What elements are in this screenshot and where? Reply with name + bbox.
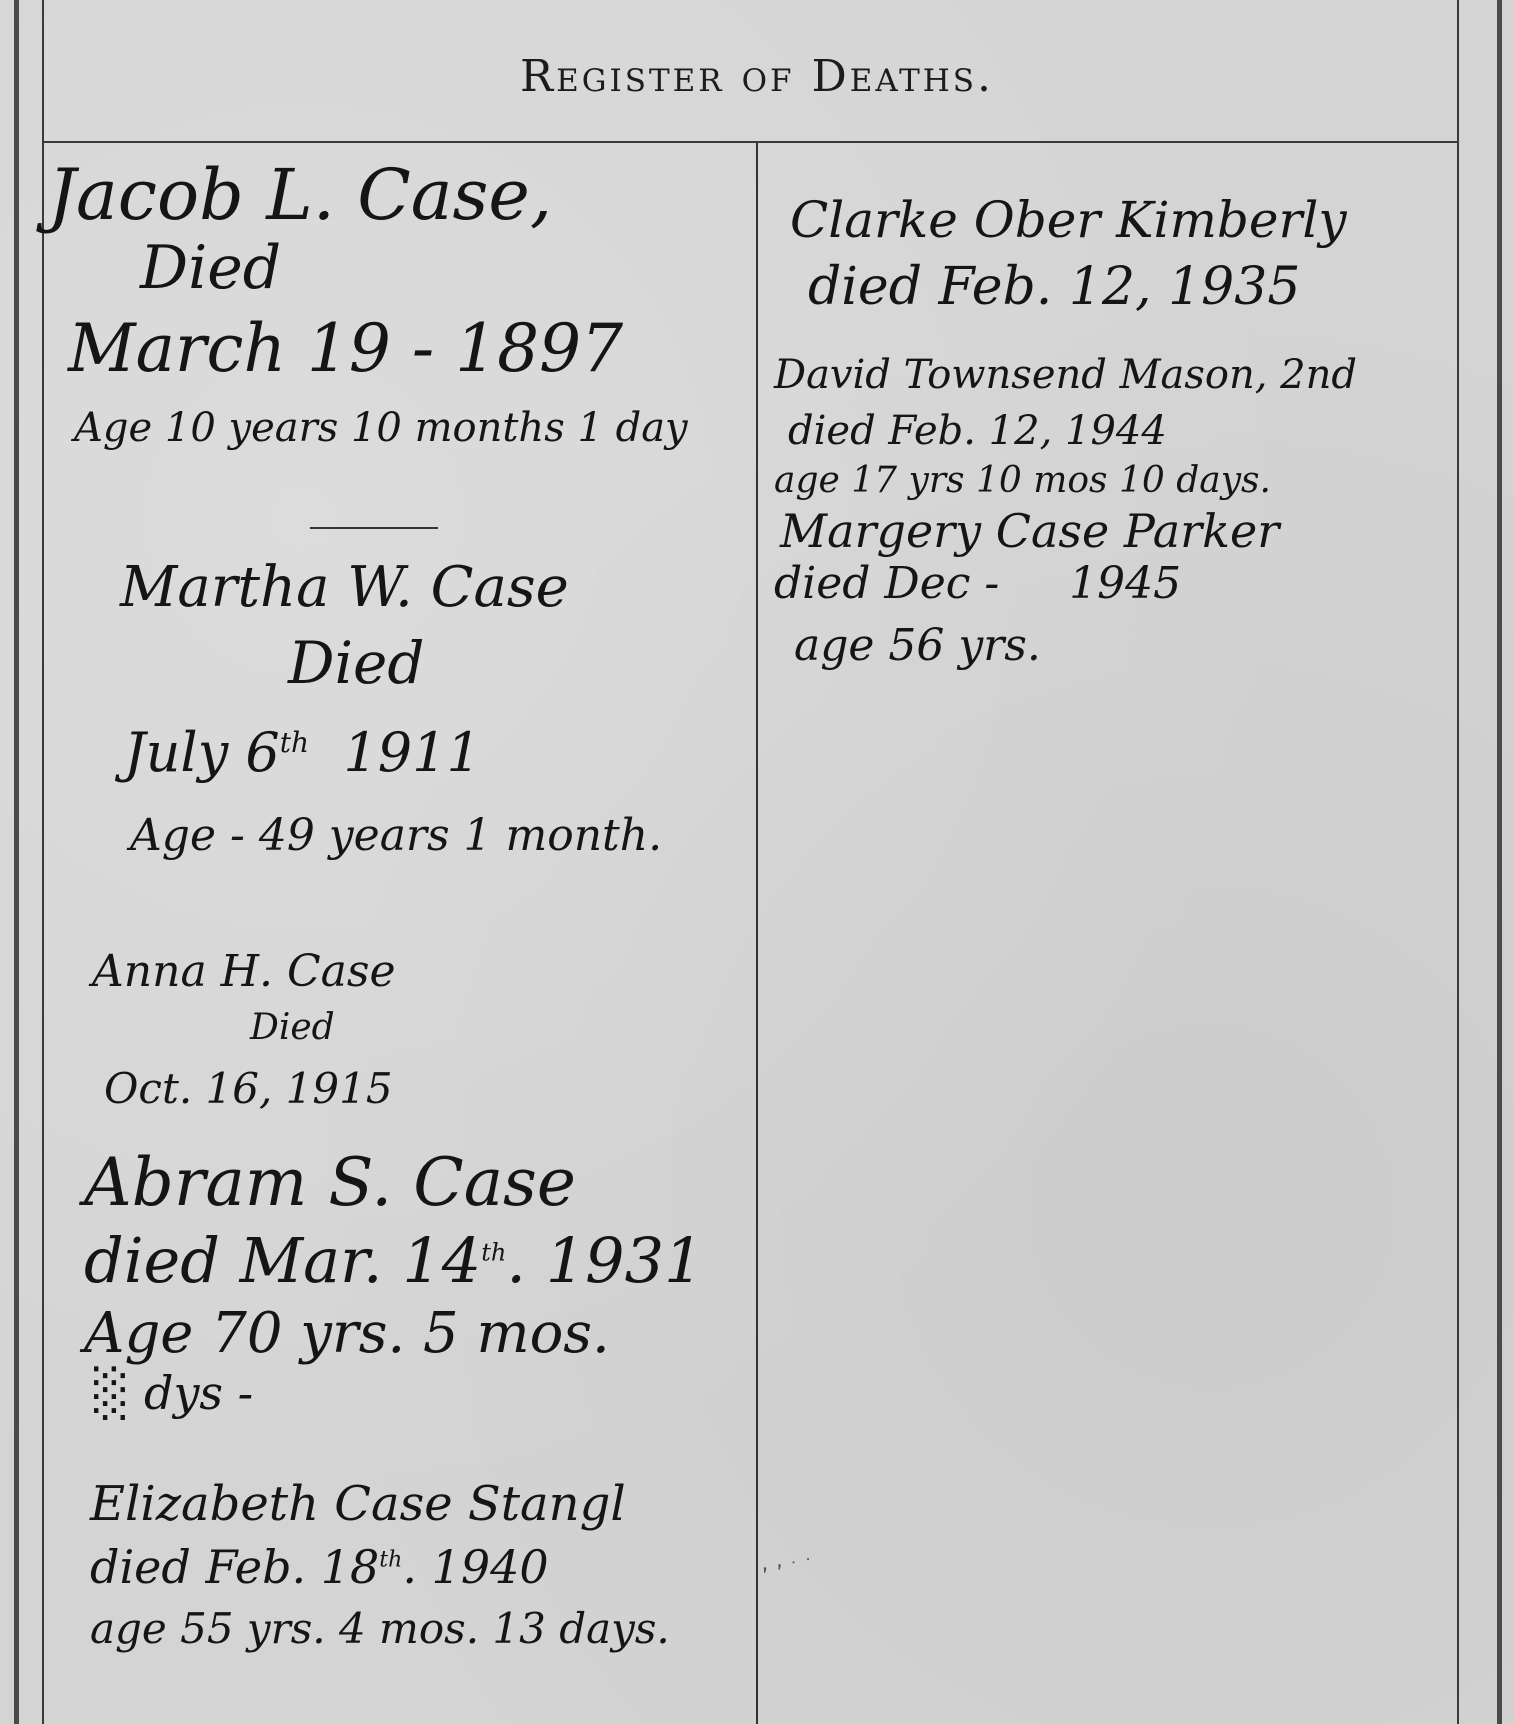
header-rule [44,141,1457,143]
death-entry: Martha W. Case Died July 6th 1911 Age - … [120,560,652,858]
entry-age: age 17 yrs 10 mos 10 days. [774,463,1357,499]
entry-date-year: . 1940 [402,1540,548,1594]
entry-died-label: Died [288,634,820,692]
ink-smudge: ʼʼ˙˙ [758,1554,820,1587]
entry-name: David Townsend Mason, 2nd [774,355,1357,395]
entry-date: died Feb. 12, 1935 [808,261,1365,313]
entry-date-year: 1911 [343,721,480,784]
death-entry: Margery Case Parker died Dec - 1945 age … [780,508,1279,668]
entry-date-year: . 1931 [506,1224,703,1297]
entry-name: Jacob L. Case, [48,160,662,230]
entry-name: Abram S. Case [84,1150,704,1216]
entry-name: Elizabeth Case Stangl [90,1480,670,1528]
entry-name: Margery Case Parker [780,508,1279,554]
entry-age: age 56 yrs. [794,624,1293,668]
death-entry: Elizabeth Case Stangl died Feb. 18th. 19… [90,1480,670,1650]
death-entry: Jacob L. Case, Died March 19 - 1897 Age … [30,160,644,448]
death-entry: Abram S. Case died Mar. 14th. 1931 Age 7… [84,1150,704,1416]
entry-name: Martha W. Case [120,560,652,616]
entry-date-suffix: th [481,1238,506,1266]
inner-right-border [1457,0,1459,1724]
entry-date-main: died Mar. 14 [84,1224,481,1297]
entry-date-main: died Feb. 18 [90,1540,379,1594]
entry-age: age 55 yrs. 4 mos. 13 days. [90,1608,670,1650]
entry-date: March 19 - 1897 [68,316,682,382]
entry-date: died Feb. 12, 1944 [788,411,1371,451]
entry-age: Age - 49 years 1 month. [130,814,662,858]
column-divider [756,143,758,1724]
entry-age: Age 70 yrs. 5 mos. [84,1306,704,1362]
page-title: Register of Deaths. [0,51,1514,102]
entry-date: July 6th 1911 [124,726,656,780]
entry-age: Age 10 years 10 months 1 day [74,408,688,448]
death-entry: Clarke Ober Kimberly died Feb. 12, 1935 [790,195,1347,313]
entry-died-label: Died [140,238,754,298]
entry-date-main: July 6 [124,721,280,784]
entry-name: Anna H. Case [92,950,396,994]
entry-date: died Mar. 14th. 1931 [84,1230,704,1292]
entry-date: died Feb. 18th. 1940 [90,1544,670,1590]
register-page: Register of Deaths. Jacob L. Case, Died … [0,0,1514,1724]
entry-date: died Dec - 1945 [774,562,1273,606]
entry-died-label: Died [250,1010,554,1046]
outer-right-border [1497,0,1502,1724]
death-entry: Anna H. Case Died Oct. 16, 1915 [92,950,396,1110]
entry-date-suffix: th [379,1548,402,1573]
outer-left-border [14,0,19,1724]
entry-age-days: ░ dys - [94,1370,714,1416]
death-entry: David Townsend Mason, 2nd died Feb. 12, … [774,355,1357,499]
entry-date: Oct. 16, 1915 [104,1068,408,1110]
entry-name: Clarke Ober Kimberly [790,195,1347,245]
entry-date-suffix: th [280,726,309,759]
entry-separator [310,527,438,529]
